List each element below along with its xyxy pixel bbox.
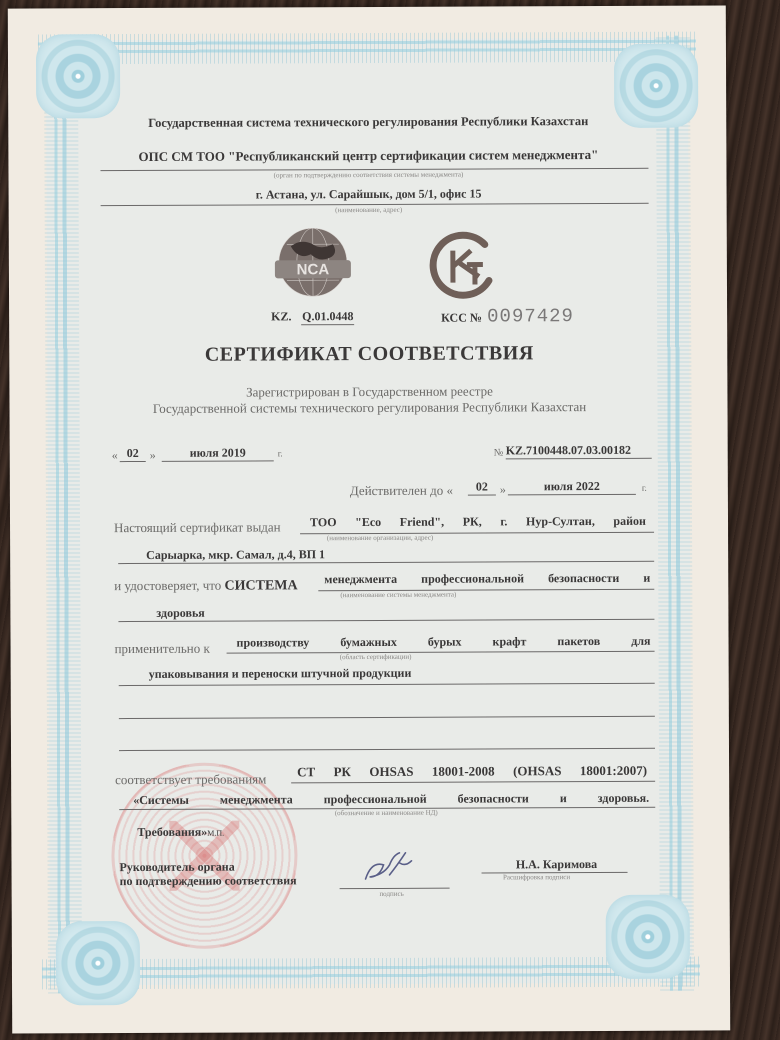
- validity-day: 02: [468, 479, 496, 495]
- word: здоровья.: [598, 791, 649, 806]
- issued-to-line2: Сарыарка, мкр. Самал, д.4, ВП 1: [146, 547, 325, 563]
- word: и: [560, 791, 567, 806]
- word: менеджмента: [220, 792, 293, 807]
- registry-note-line2: Государственной системы технического рег…: [69, 399, 669, 418]
- scope-line2: упаковывания и переноски штучной продукц…: [149, 666, 412, 682]
- word: "Eco: [355, 515, 381, 530]
- scope-label: применительно к: [115, 641, 210, 657]
- requirements-title: «Системыменеджментапрофессиональнойбезоп…: [133, 791, 649, 808]
- signature-caption: подпись: [362, 890, 422, 898]
- system-caption: (наименование системы менеджмента): [318, 591, 478, 600]
- scope-line1: производствубумажныхбурыхкрафтпакетовдля: [237, 634, 651, 651]
- certificate-content: Государственная система технического рег…: [8, 5, 730, 1033]
- word: район: [613, 514, 646, 529]
- nca-logo: NCA: [271, 226, 355, 302]
- system-label-prefix: и удостоверяет, что: [114, 578, 221, 593]
- validity-quote-close: »: [500, 482, 506, 497]
- system-heading: Государственная система технического рег…: [68, 114, 668, 132]
- issue-year-suffix: г.: [278, 448, 283, 458]
- certificate-number: KZ.7100448.07.03.00182: [506, 443, 652, 460]
- requirements-line3: Требования»М.П.: [137, 825, 224, 840]
- requirements-caption: (обозначение и наименование НД): [311, 809, 461, 818]
- word: «Системы: [133, 793, 189, 808]
- signature-icon: [359, 849, 429, 889]
- word: и: [643, 571, 650, 586]
- word: Нур-Султан,: [526, 514, 595, 529]
- scope-caption: (область сертификации): [311, 653, 441, 662]
- certificate-number-label: №: [494, 447, 504, 458]
- word: профессиональной: [324, 792, 427, 807]
- address-caption: (наименование, адрес): [69, 205, 669, 216]
- validity-month-year: июля 2022: [508, 479, 636, 496]
- issued-to-label: Настоящий сертификат выдан: [114, 519, 281, 536]
- word: безопасности: [548, 571, 619, 586]
- word: профессиональной: [421, 571, 524, 586]
- validity-year-suffix: г.: [642, 483, 647, 493]
- system-label: и удостоверяет, что СИСТЕМА: [114, 577, 297, 595]
- word: безопасности: [458, 791, 529, 806]
- word: (OHSAS: [513, 763, 561, 779]
- system-line2: здоровья: [156, 606, 204, 621]
- kss-number: 0097429: [487, 305, 574, 327]
- system-line1: менеджментапрофессиональнойбезопасностии: [324, 571, 650, 587]
- word: г.: [500, 514, 507, 529]
- word: 18001-2008: [432, 763, 495, 779]
- word: СТ: [297, 764, 315, 780]
- issue-day: 02: [120, 446, 146, 462]
- system-label-bold: СИСТЕМА: [224, 578, 297, 593]
- certificate-paper: Государственная система технического рег…: [8, 5, 730, 1033]
- word: производству: [237, 635, 310, 650]
- word: ТОО: [310, 515, 337, 530]
- requirements-label: соответствует требованиям: [115, 771, 266, 788]
- issued-to-caption: (наименование организации, адрес): [300, 534, 460, 543]
- word: РК: [334, 764, 351, 780]
- svg-text:NCA: NCA: [297, 261, 330, 278]
- signatory-name: Н.А. Каримова: [481, 857, 631, 873]
- certification-body-address: г. Астана, ул. Сарайшык, дом 5/1, офис 1…: [69, 186, 669, 204]
- word: бурых: [428, 635, 462, 650]
- requirements-line3-text: Требования»: [137, 825, 207, 839]
- issue-date-quote-open: «: [112, 448, 118, 463]
- issued-to-line1: ТОО"EcoFriend",РК,г.Нур-Султан,район: [310, 514, 646, 530]
- certificate-title: СЕРТИФИКАТ СООТВЕТСТВИЯ: [69, 342, 669, 368]
- issue-date-quote-close: »: [150, 448, 156, 463]
- requirements-standard: СТРКOHSAS18001-2008(OHSAS18001:2007): [297, 763, 647, 781]
- certification-body: ОПС СМ ТОО "Республиканский центр сертиф…: [68, 147, 668, 166]
- word: РК,: [463, 515, 482, 530]
- word: OHSAS: [369, 764, 413, 780]
- word: 18001:2007): [580, 763, 647, 779]
- signatory-name-caption: Расшифровка подписи: [482, 873, 592, 881]
- issue-month-year: июля 2019: [162, 445, 274, 461]
- kz-accreditation-code: Q.01.0448: [301, 309, 354, 325]
- certification-body-caption: (орган по подтверждению соответствия сис…: [68, 170, 668, 181]
- kss-label: КСС №: [441, 311, 482, 326]
- word: Friend",: [400, 515, 444, 530]
- kz-accreditation-prefix: KZ.: [271, 309, 291, 324]
- word: менеджмента: [324, 572, 397, 587]
- word: для: [631, 634, 650, 649]
- word: бумажных: [340, 635, 397, 650]
- word: крафт: [493, 634, 527, 649]
- kt-conformity-logo: [427, 228, 499, 302]
- stamp-place-label: М.П.: [207, 829, 224, 838]
- validity-label: Действителен до «: [350, 483, 453, 499]
- signatory-role-line2: по подтверждению соответствия: [120, 873, 297, 889]
- word: пакетов: [557, 634, 600, 649]
